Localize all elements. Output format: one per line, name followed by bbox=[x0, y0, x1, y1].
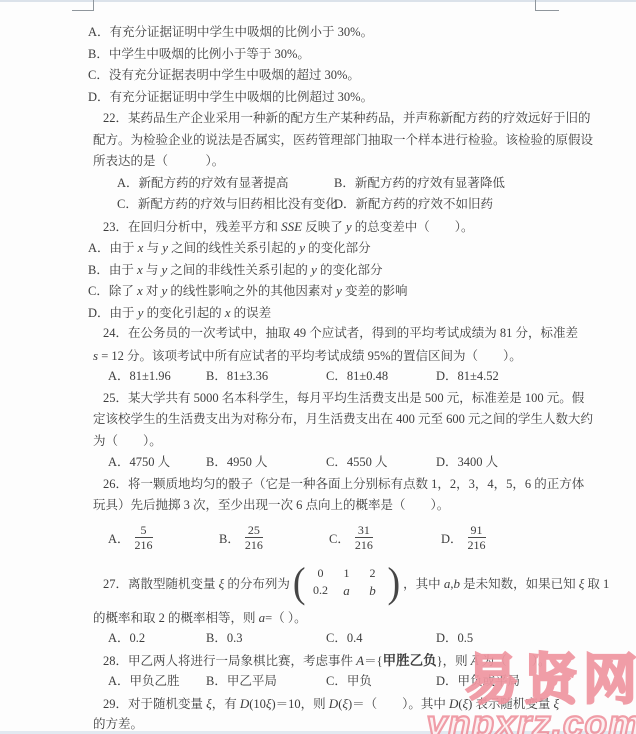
q22-options-row-2: C．新配方药的疗效与旧药相比没有变化D．新配方药的疗效不如旧药 bbox=[86, 194, 626, 216]
text-boundary-mark-left bbox=[72, 0, 94, 11]
q22-option-a: A．新配方药的疗效有显著提高 bbox=[117, 173, 334, 195]
q26-stem-line-1: 26．将一颗质地均匀的骰子（它是一种各面上分别标有点数 1，2，3，4，5，6 … bbox=[86, 474, 626, 496]
q23-option-d: D．由于 y 的变化引起的 x 的误差 bbox=[86, 302, 626, 324]
q25-stem-line-1: 25．某大学共有 5000 名本科学生，每月平均生活费支出是 500 元，标准差… bbox=[86, 388, 626, 410]
q25-option-a: A．4750 人 bbox=[108, 452, 206, 474]
text-boundary-mark-right bbox=[535, 0, 559, 11]
q28-option-c: C．甲负 bbox=[326, 671, 436, 693]
q26-stem-line-2: 玩具）先后抛掷 3 次，至少出现一次 6 点向上的概率是（ ）。 bbox=[86, 495, 626, 517]
q24-option-b: B．81±3.36 bbox=[206, 366, 326, 388]
q24-options-row: A．81±1.96 B．81±3.36 C．81±0.48 D．81±4.52 bbox=[86, 366, 626, 388]
q23-option-a: A．由于 x 与 y 之间的线性关系引起的 y 的变化部分 bbox=[86, 237, 626, 259]
q26-option-a: A． 5 216 bbox=[108, 523, 219, 553]
q27-option-a: A．0.2 bbox=[108, 628, 206, 650]
q21-option-a: A．有充分证据证明中学生中吸烟的比例小于 30%。 bbox=[86, 22, 626, 44]
q28-option-d: D．甲负或平局 bbox=[436, 671, 626, 693]
q27-stem-post: ，其中 a,b 是未知数，如果已知 ξ 取 1 bbox=[403, 574, 609, 592]
q28-stem: 28．甲乙两人将进行一局象棋比赛，考虑事件 A＝{甲胜乙负}，则 A̅ 为（ ）… bbox=[86, 650, 626, 672]
q28-option-a: A．甲负乙胜 bbox=[108, 671, 206, 693]
q27-distribution-matrix: ( 0 1 2 0.2 a b ) bbox=[293, 563, 400, 603]
q26-option-a-label: A． bbox=[108, 529, 130, 547]
q27-option-c: C．0.4 bbox=[326, 628, 436, 650]
fraction: 5 216 bbox=[135, 523, 153, 553]
q27-stem-line-2: 的概率和取 2 的概率相等，则 a=（ ）。 bbox=[86, 607, 626, 629]
q27-option-d: D．0.5 bbox=[436, 628, 626, 650]
q23-option-c: C．除了 x 对 y 的线性影响之外的其他因素对 y 变差的影响 bbox=[86, 280, 626, 302]
q25-option-d: D．3400 人 bbox=[436, 452, 626, 474]
q22-option-c: C．新配方药的疗效与旧药相比没有变化 bbox=[117, 194, 334, 216]
q26-option-b: B． 25 216 bbox=[219, 523, 329, 553]
q27-stem-pre: 27．离散型随机变量 ξ 的分布列为 bbox=[103, 574, 290, 592]
q21-option-b: B．中学生中吸烟的比例小于等于 30%。 bbox=[86, 44, 626, 66]
q27-stem-line-1: 27．离散型随机变量 ξ 的分布列为 ( 0 1 2 0.2 a b ) ，其中… bbox=[86, 559, 626, 607]
q24-stem-line-1: 24．在公务员的一次考试中，抽取 49 个应试者，得到的平均考试成绩为 81 分… bbox=[86, 323, 626, 345]
q24-option-d: D．81±4.52 bbox=[436, 366, 626, 388]
q24-option-c: C．81±0.48 bbox=[326, 366, 436, 388]
q21-option-c: C．没有充分证据表明中学生中吸烟的超过 30%。 bbox=[86, 65, 626, 87]
q24-stem-line-2: s = 12 分。该项考试中所有应试者的平均考试成绩 95%的置信区间为（ ）。 bbox=[86, 345, 626, 367]
q26-options-row: A． 5 216 B． 25 216 C． 31 216 bbox=[86, 517, 626, 559]
fraction: 25 216 bbox=[245, 523, 263, 553]
q22-options-row-1: A．新配方药的疗效有显著提高B．新配方药的疗效有显著降低 bbox=[86, 173, 626, 195]
q22-option-d: D．新配方药的疗效不如旧药 bbox=[334, 197, 493, 211]
q23-option-b: B．由于 x 与 y 之间的非线性关系引起的 y 的变化部分 bbox=[86, 259, 626, 281]
q22-stem-line-2: 配方。为检验企业的说法是否属实，医药管理部门抽取一个样本进行检验。该检验的原假设 bbox=[86, 130, 626, 152]
matrix-cells: 0 1 2 0.2 a b bbox=[308, 566, 386, 599]
q27-options-row: A．0.2 B．0.3 C．0.4 D．0.5 bbox=[86, 628, 626, 650]
q26-option-c: C． 31 216 bbox=[329, 523, 441, 553]
document-body: A．有充分证据证明中学生中吸烟的比例小于 30%。 B．中学生中吸烟的比例小于等… bbox=[86, 22, 626, 734]
q21-option-d: D．有充分证据证明中学生中吸烟的比例超过 30%。 bbox=[86, 87, 626, 109]
q25-stem-line-2: 定该校学生的生活费支出为对称分布，月生活费支出在 400 元至 600 元之间的… bbox=[86, 409, 626, 431]
q26-option-d: D． 91 216 bbox=[441, 523, 626, 553]
q27-option-b: B．0.3 bbox=[206, 628, 326, 650]
q26-option-c-label: C． bbox=[329, 529, 350, 547]
q28-option-b: B．甲乙平局 bbox=[206, 671, 326, 693]
q25-option-b: B．4950 人 bbox=[206, 452, 326, 474]
q29-stem-line-1: 29．对于随机变量 ξ，有 D(10ξ)＝10，则 D(ξ)＝（ ）。其中 D(… bbox=[86, 693, 626, 715]
q28-options-row: A．甲负乙胜 B．甲乙平局 C．甲负 D．甲负或平局 bbox=[86, 671, 626, 693]
q22-option-b: B．新配方药的疗效有显著降低 bbox=[334, 176, 505, 190]
fraction: 91 216 bbox=[468, 523, 486, 553]
q25-options-row: A．4750 人 B．4950 人 C．4550 人 D．3400 人 bbox=[86, 452, 626, 474]
q24-option-a: A．81±1.96 bbox=[108, 366, 206, 388]
right-paren: ) bbox=[388, 560, 401, 605]
q26-option-d-label: D． bbox=[441, 529, 463, 547]
left-paren: ( bbox=[293, 560, 306, 605]
q22-stem-line-1: 22．某药品生产企业采用一种新的配方生产某种药品，并声称新配方药的疗效远好于旧的 bbox=[86, 108, 626, 130]
q23-stem: 23．在回归分析中，残差平方和 SSE 反映了 y 的总变差中（ ）。 bbox=[86, 216, 626, 238]
document-page: A．有充分证据证明中学生中吸烟的比例小于 30%。 B．中学生中吸烟的比例小于等… bbox=[0, 0, 636, 734]
fraction: 31 216 bbox=[355, 523, 373, 553]
q25-option-c: C．4550 人 bbox=[326, 452, 436, 474]
q25-stem-line-3: 为（ ）。 bbox=[86, 431, 626, 453]
q26-option-b-label: B． bbox=[219, 529, 240, 547]
q22-stem-line-3: 所表达的是（ ）。 bbox=[86, 151, 626, 173]
